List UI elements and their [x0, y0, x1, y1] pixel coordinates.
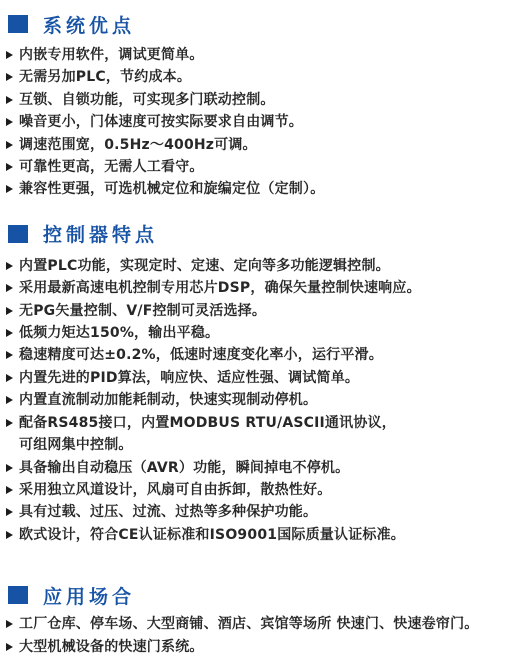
right-triangle-bullet-icon: [6, 419, 13, 427]
list-item: 采用独立风道设计，风扇可自由拆卸，散热性好。: [4, 479, 512, 501]
right-triangle-bullet-icon: [6, 643, 13, 651]
right-triangle-bullet-icon: [6, 508, 13, 516]
blue-square-icon: [8, 15, 28, 33]
right-triangle-bullet-icon: [6, 73, 13, 81]
list-item: 稳速精度可达±0.2%，低速时速度变化率小，运行平滑。: [4, 344, 512, 366]
bullet-text: 可靠性更高，无需人工看守。: [19, 156, 204, 178]
section-title: 系统优点: [43, 11, 135, 38]
section-header: 应用场合: [0, 584, 522, 606]
list-item: 互锁、自锁功能，可实现多门联动控制。: [4, 89, 512, 111]
list-item: 可靠性更高，无需人工看守。: [4, 156, 512, 178]
bullet-text: 内嵌专用软件，调试更简单。: [19, 44, 204, 66]
right-triangle-bullet-icon: [6, 531, 13, 539]
list-item: 无需另加PLC，节约成本。: [4, 66, 512, 88]
section-header: 系统优点: [0, 13, 522, 35]
list-item: 无PG矢量控制、V/F控制可灵活选择。: [4, 300, 512, 322]
list-item: 噪音更小，门体速度可按实际要求自由调节。: [4, 111, 512, 133]
list-item: 大型机械设备的快速门系统。: [4, 636, 512, 658]
right-triangle-bullet-icon: [6, 396, 13, 404]
list-item: 调速范围宽，0.5Hz～400Hz可调。: [4, 134, 512, 156]
bullet-text: 内置PLC功能，实现定时、定速、定向等多功能逻辑控制。: [19, 255, 390, 277]
list-item: 内置先进的PID算法，响应快、适应性强、调试简单。: [4, 367, 512, 389]
right-triangle-bullet-icon: [6, 374, 13, 382]
right-triangle-bullet-icon: [6, 464, 13, 472]
list-item: 具有过载、过压、过流、过热等多种保护功能。: [4, 501, 512, 523]
section-title: 应用场合: [43, 582, 135, 609]
bullet-list-applications: 工厂仓库、停车场、大型商铺、酒店、宾馆等场所 快速门、快速卷帘门。大型机械设备的…: [0, 613, 522, 658]
list-item: 兼容性更强，可选机械定位和旋编定位（定制）。: [4, 178, 512, 200]
right-triangle-bullet-icon: [6, 262, 13, 270]
bullet-text: 噪音更小，门体速度可按实际要求自由调节。: [19, 111, 303, 133]
section-header: 控制器特点: [0, 223, 522, 245]
bullet-text: 无需另加PLC，节约成本。: [19, 66, 191, 88]
list-item: 欧式设计，符合CE认证标准和ISO9001国际质量认证标准。: [4, 524, 512, 546]
list-item: 低频力矩达150%，输出平稳。: [4, 322, 512, 344]
bullet-text: 低频力矩达150%，输出平稳。: [19, 322, 219, 344]
bullet-list-system-advantages: 内嵌专用软件，调试更简单。无需另加PLC，节约成本。互锁、自锁功能，可实现多门联…: [0, 44, 522, 201]
list-item: 工厂仓库、停车场、大型商铺、酒店、宾馆等场所 快速门、快速卷帘门。: [4, 613, 512, 635]
right-triangle-bullet-icon: [6, 307, 13, 315]
bullet-text: 兼容性更强，可选机械定位和旋编定位（定制）。: [19, 178, 324, 200]
bullet-text: 欧式设计，符合CE认证标准和ISO9001国际质量认证标准。: [19, 524, 405, 546]
bullet-text: 内置先进的PID算法，响应快、适应性强、调试简单。: [19, 367, 359, 389]
right-triangle-bullet-icon: [6, 351, 13, 359]
right-triangle-bullet-icon: [6, 96, 13, 104]
list-item: 内嵌专用软件，调试更简单。: [4, 44, 512, 66]
bullet-text: 稳速精度可达±0.2%，低速时速度变化率小，运行平滑。: [19, 344, 383, 366]
right-triangle-bullet-icon: [6, 620, 13, 628]
section-system-advantages: 系统优点 内嵌专用软件，调试更简单。无需另加PLC，节约成本。互锁、自锁功能，可…: [0, 0, 522, 201]
bullet-text: 工厂仓库、停车场、大型商铺、酒店、宾馆等场所 快速门、快速卷帘门。: [19, 613, 478, 635]
list-item: 内置PLC功能，实现定时、定速、定向等多功能逻辑控制。: [4, 255, 512, 277]
bullet-text: 具有过载、过压、过流、过热等多种保护功能。: [19, 501, 317, 523]
right-triangle-bullet-icon: [6, 284, 13, 292]
bullet-list-controller-features: 内置PLC功能，实现定时、定速、定向等多功能逻辑控制。采用最新高速电机控制专用芯…: [0, 255, 522, 546]
right-triangle-bullet-icon: [6, 486, 13, 494]
list-item: 内置直流制动加能耗制动，快速实现制动停机。: [4, 389, 512, 411]
list-item: 具备输出自动稳压（AVR）功能，瞬间掉电不停机。: [4, 457, 512, 479]
bullet-text: 内置直流制动加能耗制动，快速实现制动停机。: [19, 389, 317, 411]
blue-square-icon: [8, 586, 28, 604]
right-triangle-bullet-icon: [6, 118, 13, 126]
right-triangle-bullet-icon: [6, 185, 13, 193]
bullet-text: 无PG矢量控制、V/F控制可灵活选择。: [19, 300, 266, 322]
right-triangle-bullet-icon: [6, 141, 13, 149]
right-triangle-bullet-icon: [6, 163, 13, 171]
list-item: 采用最新高速电机控制专用芯片DSP，确保矢量控制快速响应。: [4, 277, 512, 299]
bullet-text: 具备输出自动稳压（AVR）功能，瞬间掉电不停机。: [19, 457, 349, 479]
bullet-text: 调速范围宽，0.5Hz～400Hz可调。: [19, 134, 257, 156]
list-item: 配备RS485接口，内置MODBUS RTU/ASCII通讯协议， 可组网集中控…: [4, 412, 512, 457]
bullet-text: 配备RS485接口，内置MODBUS RTU/ASCII通讯协议， 可组网集中控…: [19, 412, 396, 457]
datasheet-page: 系统优点 内嵌专用软件，调试更简单。无需另加PLC，节约成本。互锁、自锁功能，可…: [0, 0, 522, 661]
bullet-text: 互锁、自锁功能，可实现多门联动控制。: [19, 89, 275, 111]
blue-square-icon: [8, 225, 28, 243]
bullet-text: 采用独立风道设计，风扇可自由拆卸，散热性好。: [19, 479, 331, 501]
section-title: 控制器特点: [43, 220, 158, 247]
right-triangle-bullet-icon: [6, 51, 13, 59]
bullet-text: 大型机械设备的快速门系统。: [19, 636, 204, 658]
bullet-text: 采用最新高速电机控制专用芯片DSP，确保矢量控制快速响应。: [19, 277, 421, 299]
section-applications: 应用场合 工厂仓库、停车场、大型商铺、酒店、宾馆等场所 快速门、快速卷帘门。大型…: [0, 584, 522, 658]
section-controller-features: 控制器特点 内置PLC功能，实现定时、定速、定向等多功能逻辑控制。采用最新高速电…: [0, 223, 522, 546]
right-triangle-bullet-icon: [6, 329, 13, 337]
